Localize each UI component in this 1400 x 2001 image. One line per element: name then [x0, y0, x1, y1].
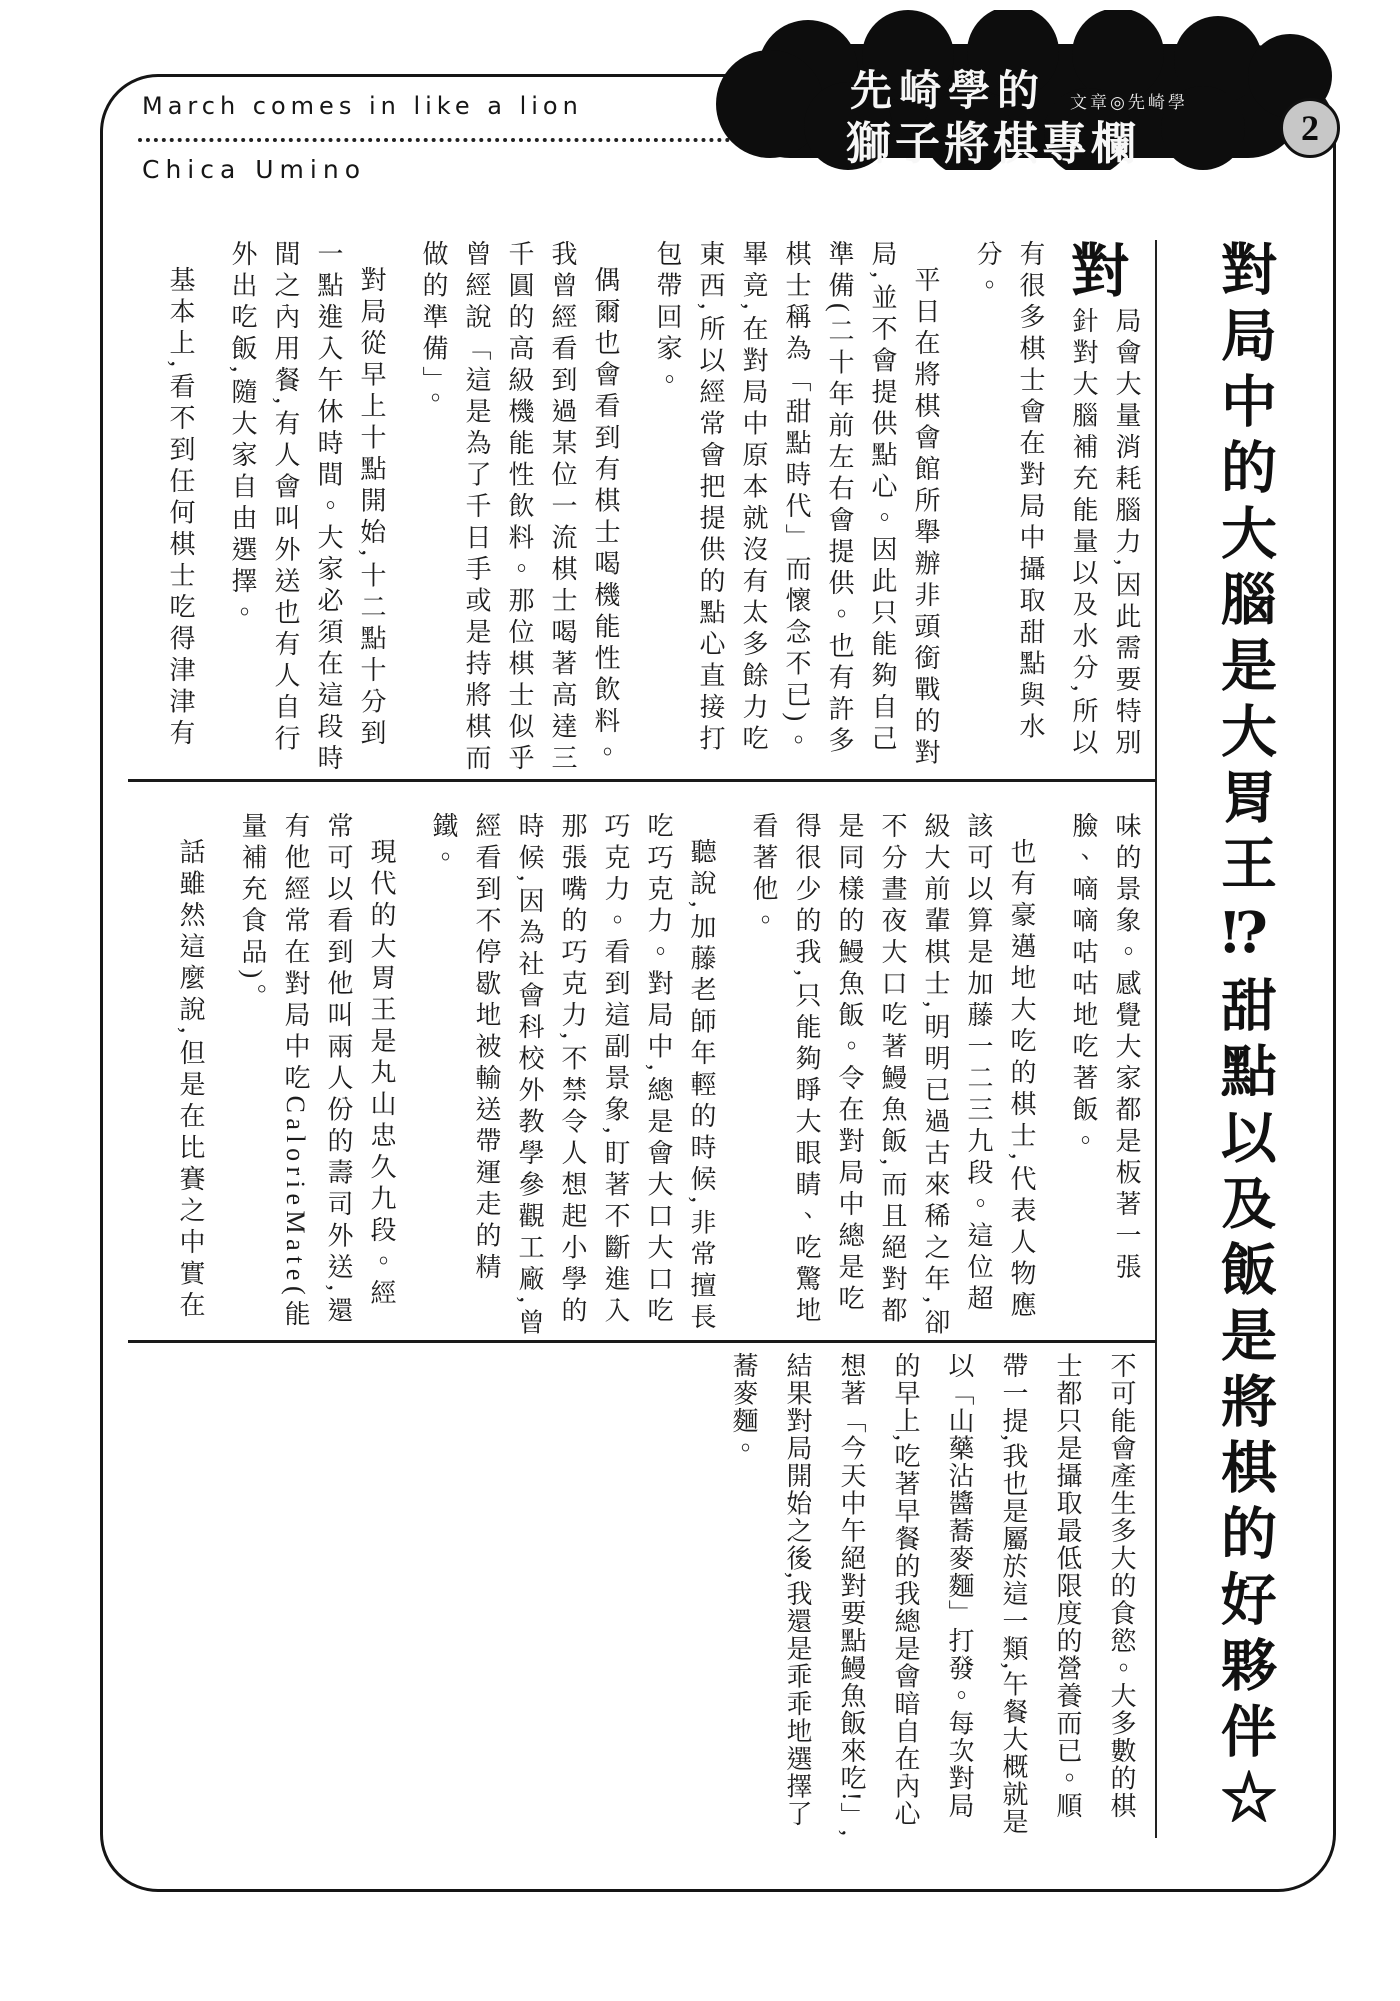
paragraph: 話雖然這麼說,但是在比賽之中實在 [169, 812, 212, 1340]
column-badge: 先崎學的 文章◎先崎學 獅子將棋專欄 2 [698, 10, 1340, 170]
paragraph: 也有豪邁地大吃的棋士,代表人物應該可以算是加藤一二三九段。這位超級大前輩棋士,明… [742, 812, 1043, 1340]
drop-cap: 對 [1052, 240, 1148, 304]
paragraph: 聽說,加藤老師年輕的時候,非常擅長吃巧克力。對局中,總是會大口大口吃巧克力。看到… [422, 812, 723, 1340]
series-title: March comes in like a lion [142, 92, 662, 120]
headline-vertical: 對局中的大腦是大胃王⁉甜點以及飯是將棋的好夥伴☆ [1192, 240, 1296, 1846]
lead-paragraph-block: 對 局會大量消耗腦力,因此需要特別針對大腦補充能量以及水分,所以 [1052, 240, 1148, 780]
paragraph: 局會大量消耗腦力,因此需要特別針對大腦補充能量以及水分,所以 [1062, 307, 1148, 780]
badge-title-line2: 獅子將棋專欄 [846, 107, 1140, 172]
paragraph: 對局從早上十點開始,十二點十分到一點進入午休時間。大家必須在這段時間之內用餐,有… [221, 240, 393, 780]
article-band-2: 味的景象。感覺大家都是板著一張臉、嘀嘀咕咕地吃著飯。 也有豪邁地大吃的棋士,代表… [128, 812, 1148, 1340]
issue-number: 2 [1301, 107, 1319, 149]
paragraph: 現代的大胃王是丸山忠久九段。經常可以看到他叫兩人份的壽司外送,還有他經常在對局中… [231, 812, 403, 1340]
series-author: Chica Umino [142, 155, 366, 184]
magazine-page: { "masthead": { "series_title": "March c… [0, 0, 1400, 2001]
paragraph: 味的景象。感覺大家都是板著一張臉、嘀嘀咕咕地吃著飯。 [1062, 812, 1148, 1340]
article-band-1: 對 局會大量消耗腦力,因此需要特別針對大腦補充能量以及水分,所以 有很多棋士會在… [128, 240, 1148, 780]
issue-number-badge: 2 [1280, 98, 1340, 158]
paragraph: 基本上,看不到任何棋士吃得津津有 [159, 240, 202, 780]
paragraph: 平日在將棋會館所舉辦非頭銜戰的對局,並不會提供點心。因此只能夠自己準備(二十年前… [646, 240, 947, 780]
section-divider-2 [128, 1340, 1156, 1343]
paragraph: 有很多棋士會在對局中攝取甜點與水分。 [966, 240, 1052, 780]
paragraph: 不可能會產生多大的食慾。大多數的棋士都只是攝取最低限度的營養而已。順帶一提,我也… [716, 1352, 1148, 1838]
paragraph: 偶爾也會看到有棋士喝機能性飲料。我曾經看到過某位一流棋士喝著高達三千圓的高級機能… [412, 240, 627, 780]
article-band-3: 不可能會產生多大的食慾。大多數的棋士都只是攝取最低限度的營養而已。順帶一提,我也… [128, 1352, 1148, 1838]
dotted-divider [138, 138, 738, 142]
headline-rule [1155, 240, 1157, 1838]
